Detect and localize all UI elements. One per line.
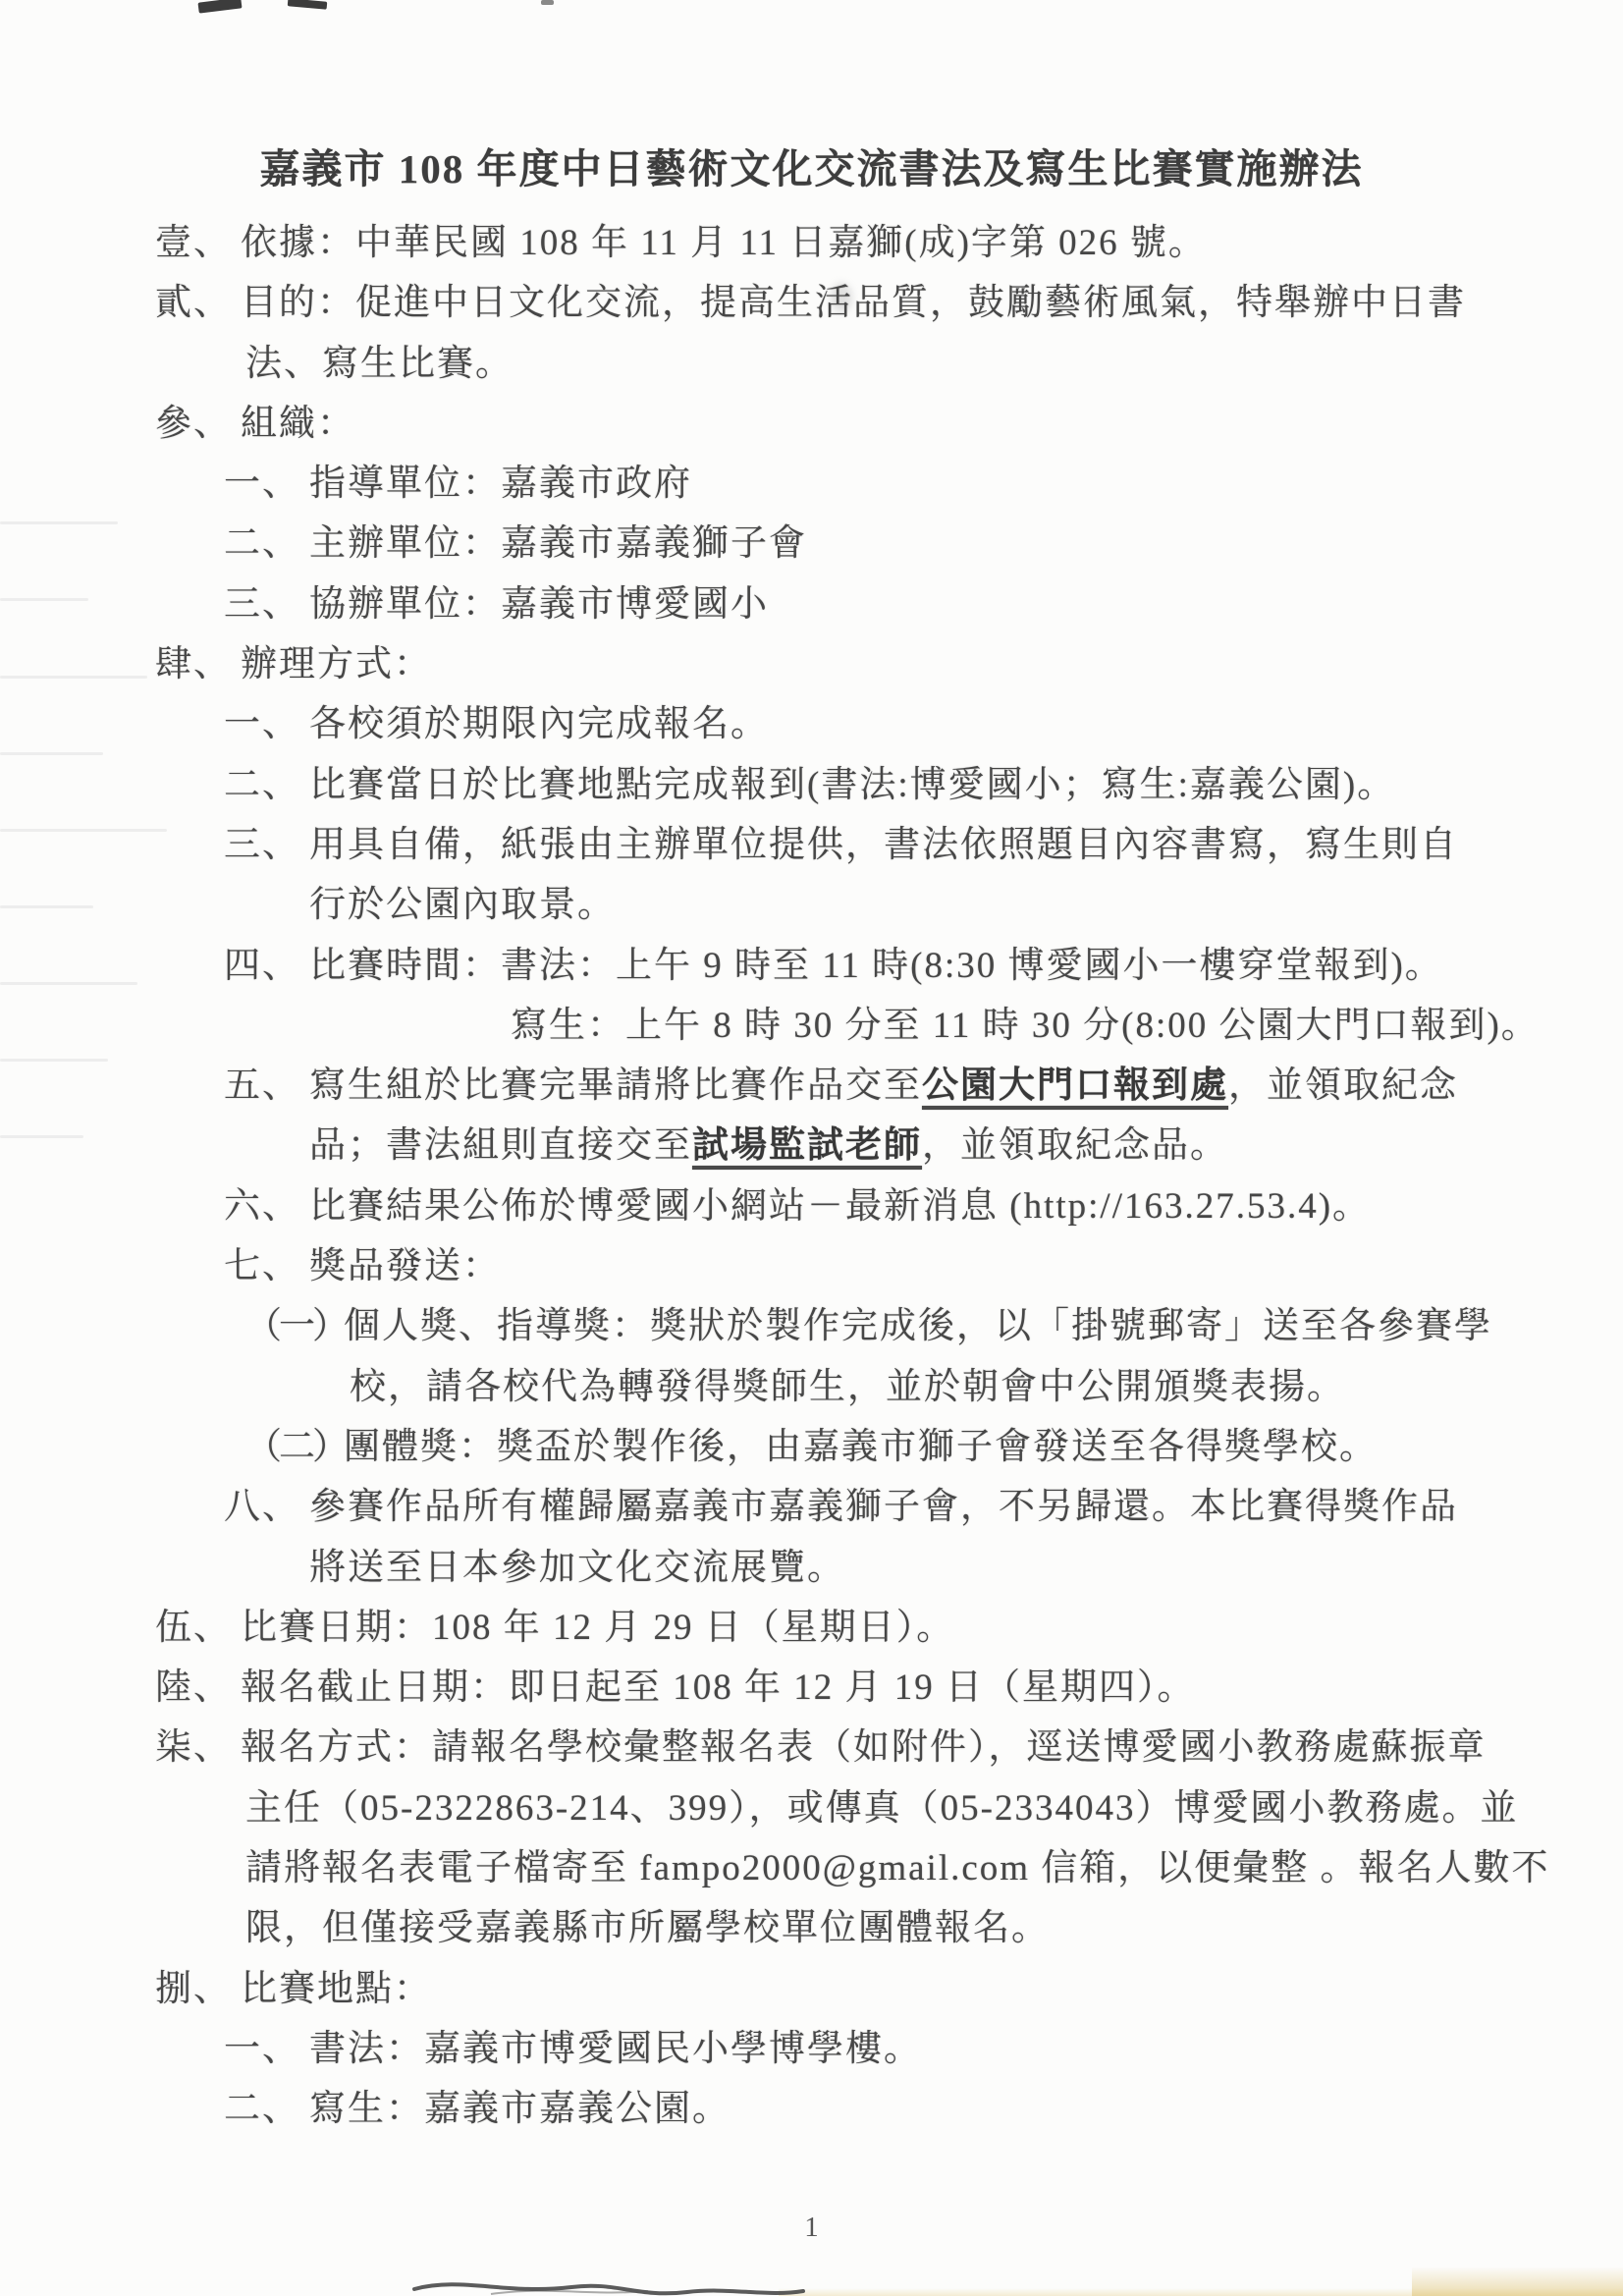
doc-line: 六、比賽結果公佈於博愛國小網站－最新消息 (http://163.27.53.4… <box>0 1176 1623 1236</box>
item-number: 壹、 <box>155 213 241 273</box>
line-text: 團體獎：獎盃於製作後，由嘉義市獅子會發送至各得獎學校。 <box>344 1427 1378 1467</box>
line-text: 比賽結果公佈於博愛國小網站－最新消息 (http://163.27.53.4)。 <box>309 1186 1371 1227</box>
item-number: 七、 <box>224 1236 309 1296</box>
doc-line: 一、書法：嘉義市博愛國民小學博學樓。 <box>0 2019 1623 2079</box>
line-text: 用具自備，紙張由主辦單位提供，書法依照題目內容書寫，寫生則自 <box>309 825 1458 865</box>
item-number: 一、 <box>224 454 309 514</box>
item-number: （一） <box>245 1296 344 1356</box>
line-text: 寫生：嘉義市嘉義公園。 <box>309 2089 730 2129</box>
page-number: 1 <box>0 2206 1623 2249</box>
doc-line: 二、比賽當日於比賽地點完成報到(書法:博愛國小；寫生:嘉義公園)。 <box>0 755 1623 815</box>
doc-line: 一、各校須於期限內完成報名。 <box>0 694 1623 754</box>
item-number: 貳、 <box>155 273 241 333</box>
scanned-document-page: 嘉義市 108 年度中日藝術文化交流書法及寫生比賽實施辦法 壹、依據：中華民國 … <box>0 0 1623 2296</box>
doc-line: 將送至日本參加文化交流展覽。 <box>0 1538 1623 1598</box>
doc-line: 三、用具自備，紙張由主辦單位提供，書法依照題目內容書寫，寫生則自 <box>0 815 1623 875</box>
item-number: 陸、 <box>155 1658 241 1718</box>
doc-line: 肆、辦理方式： <box>0 634 1623 694</box>
doc-line: （一）個人獎、指導獎：獎狀於製作完成後，以「掛號郵寄」送至各參賽學 <box>0 1296 1623 1356</box>
item-number: 六、 <box>224 1176 309 1236</box>
doc-line: 限，但僅接受嘉義縣市所屬學校單位團體報名。 <box>0 1898 1623 1958</box>
line-text: 目的：促進中日文化交流，提高生活品質，鼓勵藝術風氣，特舉辦中日書 <box>241 283 1466 323</box>
doc-line: 品；書法組則直接交至試場監試老師，並領取紀念品。 <box>0 1116 1623 1175</box>
item-number: 捌、 <box>155 1959 241 2019</box>
line-text: ，並領取紀念 <box>1228 1066 1458 1106</box>
line-text: 限，但僅接受嘉義縣市所屬學校單位團體報名。 <box>245 1908 1050 1948</box>
doc-line: 四、比賽時間：書法：上午 9 時至 11 時(8:30 博愛國小一樓穿堂報到)。 <box>0 936 1623 996</box>
line-text: 組織： <box>241 404 355 444</box>
doc-line: 寫生：上午 8 時 30 分至 11 時 30 分(8:00 公園大門口報到)。 <box>0 996 1623 1056</box>
item-number: 三、 <box>224 815 309 875</box>
line-text: 個人獎、指導獎：獎狀於製作完成後，以「掛號郵寄」送至各參賽學 <box>344 1306 1492 1346</box>
doc-line: 七、獎品發送： <box>0 1236 1623 1296</box>
doc-line: 二、主辦單位：嘉義市嘉義獅子會 <box>0 514 1623 574</box>
line-text: 書法：嘉義市博愛國民小學博學樓。 <box>309 2029 922 2069</box>
doc-line: 參、組織： <box>0 394 1623 454</box>
doc-line: 法、寫生比賽。 <box>0 334 1623 394</box>
line-text: 報名截止日期：即日起至 108 年 12 月 19 日（星期四）。 <box>241 1667 1196 1708</box>
item-number: 一、 <box>224 694 309 754</box>
item-number: 三、 <box>224 574 309 634</box>
doc-line: 主任（05-2322863-214、399），或傳真（05-2334043）博愛… <box>0 1778 1623 1838</box>
line-text: 指導單位：嘉義市政府 <box>309 464 692 504</box>
doc-line: 校，請各校代為轉發得獎師生，並於朝會中公開頒獎表揚。 <box>0 1357 1623 1417</box>
line-text: 比賽日期：108 年 12 月 29 日（星期日）。 <box>241 1608 954 1648</box>
doc-line: 三、協辦單位：嘉義市博愛國小 <box>0 574 1623 634</box>
line-text: 校，請各校代為轉發得獎師生，並於朝會中公開頒獎表揚。 <box>350 1367 1345 1407</box>
line-text: 各校須於期限內完成報名。 <box>309 704 769 744</box>
doc-line: 陸、報名截止日期：即日起至 108 年 12 月 19 日（星期四）。 <box>0 1658 1623 1718</box>
item-number: 柒、 <box>155 1718 241 1777</box>
line-text: ，並領取紀念品。 <box>922 1125 1228 1166</box>
line-text: 主辦單位：嘉義市嘉義獅子會 <box>309 523 807 564</box>
scan-artifact-corner-tint <box>1412 2267 1623 2296</box>
line-text: 將送至日本參加文化交流展覽。 <box>309 1548 845 1588</box>
doc-line: 柒、報名方式：請報名學校彙整報名表（如附件），逕送博愛國小教務處蘇振章 <box>0 1718 1623 1777</box>
line-text: 比賽當日於比賽地點完成報到(書法:博愛國小；寫生:嘉義公園)。 <box>309 765 1395 805</box>
item-number: 二、 <box>224 2079 309 2139</box>
document-body: 壹、依據：中華民國 108 年 11 月 11 日嘉獅(成)字第 026 號。 … <box>0 213 1623 2140</box>
underlined-bold-text: 試場監試老師 <box>692 1125 922 1166</box>
line-text: 主任（05-2322863-214、399），或傳真（05-2334043）博愛… <box>245 1788 1518 1829</box>
item-number: 伍、 <box>155 1598 241 1658</box>
doc-line: 八、參賽作品所有權歸屬嘉義市嘉義獅子會，不另歸還。本比賽得獎作品 <box>0 1477 1623 1537</box>
document-title: 嘉義市 108 年度中日藝術文化交流書法及寫生比賽實施辦法 <box>0 141 1623 196</box>
doc-line: 捌、比賽地點： <box>0 1959 1623 2019</box>
line-text: 報名方式：請報名學校彙整報名表（如附件），逕送博愛國小教務處蘇振章 <box>241 1727 1487 1768</box>
item-number: 二、 <box>224 514 309 574</box>
doc-line: 伍、比賽日期：108 年 12 月 29 日（星期日）。 <box>0 1598 1623 1658</box>
item-number: 五、 <box>224 1056 309 1116</box>
line-text: 依據：中華民國 108 年 11 月 11 日嘉獅(成)字第 026 號。 <box>241 223 1207 263</box>
doc-line: 五、寫生組於比賽完畢請將比賽作品交至公園大門口報到處，並領取紀念 <box>0 1056 1623 1116</box>
scan-artifact-top-mark <box>288 0 328 10</box>
underlined-bold-text: 公園大門口報到處 <box>922 1066 1228 1106</box>
line-text: 辦理方式： <box>241 644 432 684</box>
item-number: （二） <box>245 1417 344 1477</box>
line-text: 寫生：上午 8 時 30 分至 11 時 30 分(8:00 公園大門口報到)。 <box>511 1006 1540 1046</box>
line-text: 參賽作品所有權歸屬嘉義市嘉義獅子會，不另歸還。本比賽得獎作品 <box>309 1487 1458 1527</box>
line-text: 獎品發送： <box>309 1246 501 1286</box>
item-number: 一、 <box>224 2019 309 2079</box>
doc-line: 行於公園內取景。 <box>0 875 1623 935</box>
doc-line: 二、寫生：嘉義市嘉義公園。 <box>0 2079 1623 2139</box>
item-number: 二、 <box>224 755 309 815</box>
scan-artifact-top-mark <box>541 0 554 5</box>
item-number: 肆、 <box>155 634 241 694</box>
line-text: 法、寫生比賽。 <box>245 344 514 384</box>
item-number: 四、 <box>224 936 309 996</box>
doc-line: （二）團體獎：獎盃於製作後，由嘉義市獅子會發送至各得獎學校。 <box>0 1417 1623 1477</box>
scan-artifact-top-mark <box>197 0 242 14</box>
line-text: 請將報名表電子檔寄至 fampo2000@gmail.com 信箱，以便彙整 。… <box>245 1848 1550 1888</box>
line-text: 協辦單位：嘉義市博愛國小 <box>309 584 769 625</box>
doc-line: 貳、目的：促進中日文化交流，提高生活品質，鼓勵藝術風氣，特舉辦中日書 <box>0 273 1623 333</box>
line-text: 品；書法組則直接交至 <box>309 1125 692 1166</box>
doc-line: 一、指導單位：嘉義市政府 <box>0 454 1623 514</box>
line-text: 寫生組於比賽完畢請將比賽作品交至 <box>309 1066 922 1106</box>
line-text: 比賽時間：書法：上午 9 時至 11 時(8:30 博愛國小一樓穿堂報到)。 <box>309 946 1443 986</box>
doc-line: 請將報名表電子檔寄至 fampo2000@gmail.com 信箱，以便彙整 。… <box>0 1838 1623 1898</box>
item-number: 參、 <box>155 394 241 454</box>
line-text: 比賽地點： <box>241 1969 432 2009</box>
item-number: 八、 <box>224 1477 309 1537</box>
doc-line: 壹、依據：中華民國 108 年 11 月 11 日嘉獅(成)字第 026 號。 <box>0 213 1623 273</box>
line-text: 行於公園內取景。 <box>309 885 616 925</box>
